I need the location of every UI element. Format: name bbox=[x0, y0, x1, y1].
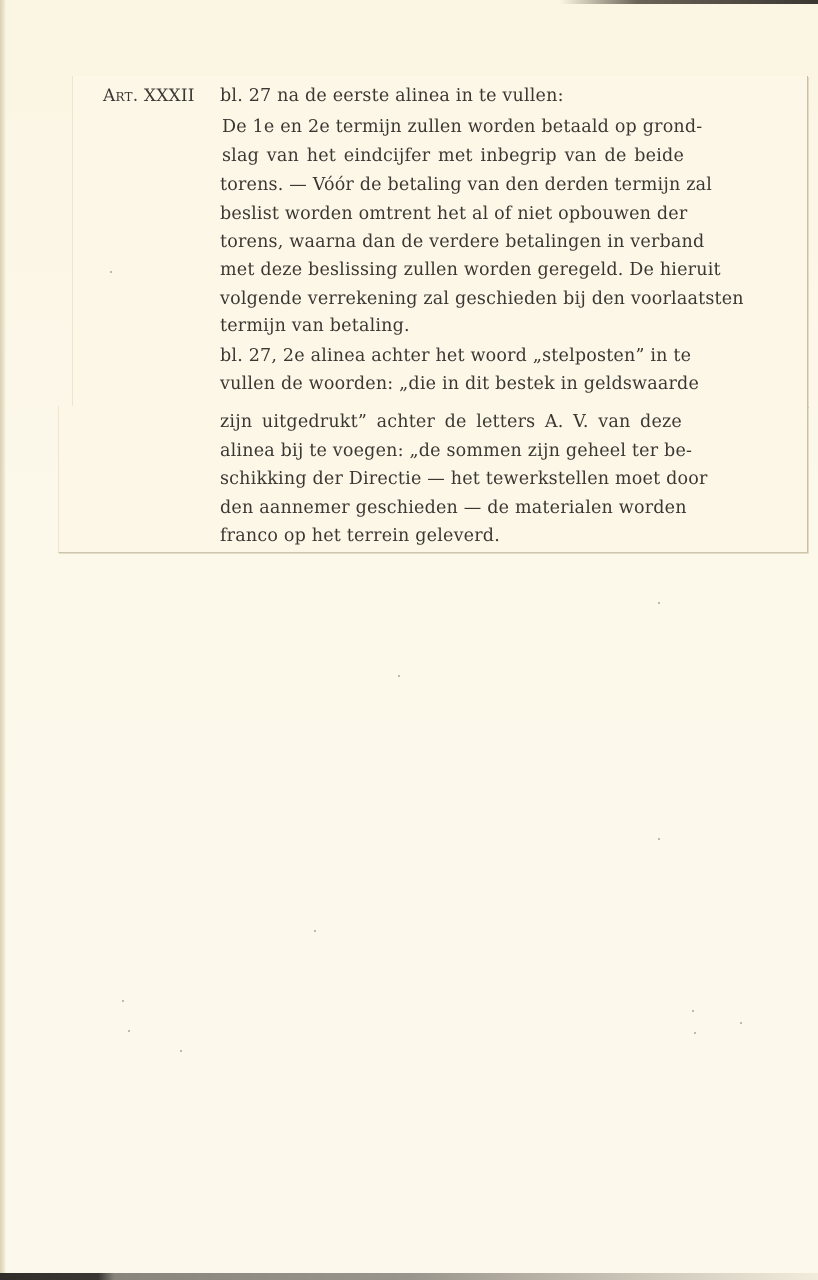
page-bottom-shadow bbox=[0, 1273, 818, 1280]
text-line: De 1e en 2e termijn zullen worden betaal… bbox=[222, 119, 684, 137]
article-number: XXXII bbox=[144, 86, 195, 106]
text-line: vullen de woorden: „die in dit bestek in… bbox=[220, 376, 682, 394]
paper-speck bbox=[180, 1050, 182, 1052]
text-line: zijn uitgedrukt” achter de letters A. V.… bbox=[220, 414, 682, 432]
paper-speck bbox=[740, 1022, 742, 1024]
page-binding-edge bbox=[0, 0, 6, 1280]
text-line: torens, waarna dan de verdere betalingen… bbox=[220, 234, 682, 252]
text-line: termijn van betaling. bbox=[220, 318, 410, 336]
scanned-page: Art. XXXII bl. 27 na de eerste alinea in… bbox=[0, 0, 818, 1280]
text-line: schikking der Directie — het tewerkstell… bbox=[220, 471, 682, 489]
instruction-line: bl. 27 na de eerste alinea in te vullen: bbox=[220, 88, 564, 106]
paper-speck bbox=[398, 675, 400, 677]
text-line: den aannemer geschieden — de materialen … bbox=[220, 500, 682, 518]
page-top-shadow bbox=[560, 0, 818, 4]
paper-speck bbox=[122, 1000, 124, 1002]
text-line: alinea bij te voegen: „de sommen zijn ge… bbox=[220, 443, 682, 461]
paper-speck bbox=[694, 1032, 696, 1034]
paper-speck bbox=[692, 1010, 694, 1012]
paper-speck bbox=[314, 930, 316, 932]
text-line: slag van het eindcijfer met inbegrip van… bbox=[222, 148, 684, 166]
article-label: Art. XXXII bbox=[103, 88, 195, 105]
paper-speck bbox=[658, 602, 660, 604]
text-line: bl. 27, 2e alinea achter het woord „stel… bbox=[220, 348, 682, 366]
paper-speck bbox=[128, 1030, 130, 1032]
text-line: franco op het terrein geleverd. bbox=[220, 528, 500, 546]
text-line: beslist worden omtrent het al of niet op… bbox=[220, 206, 682, 224]
text-line: met deze beslissing zullen worden gerege… bbox=[220, 262, 682, 280]
text-line: volgende verrekening zal geschieden bij … bbox=[220, 291, 682, 309]
text-line: torens. — Vóór de betaling van den derde… bbox=[220, 177, 682, 195]
article-prefix: Art. bbox=[103, 86, 138, 106]
paper-speck bbox=[110, 271, 112, 273]
paper-speck bbox=[658, 838, 660, 840]
